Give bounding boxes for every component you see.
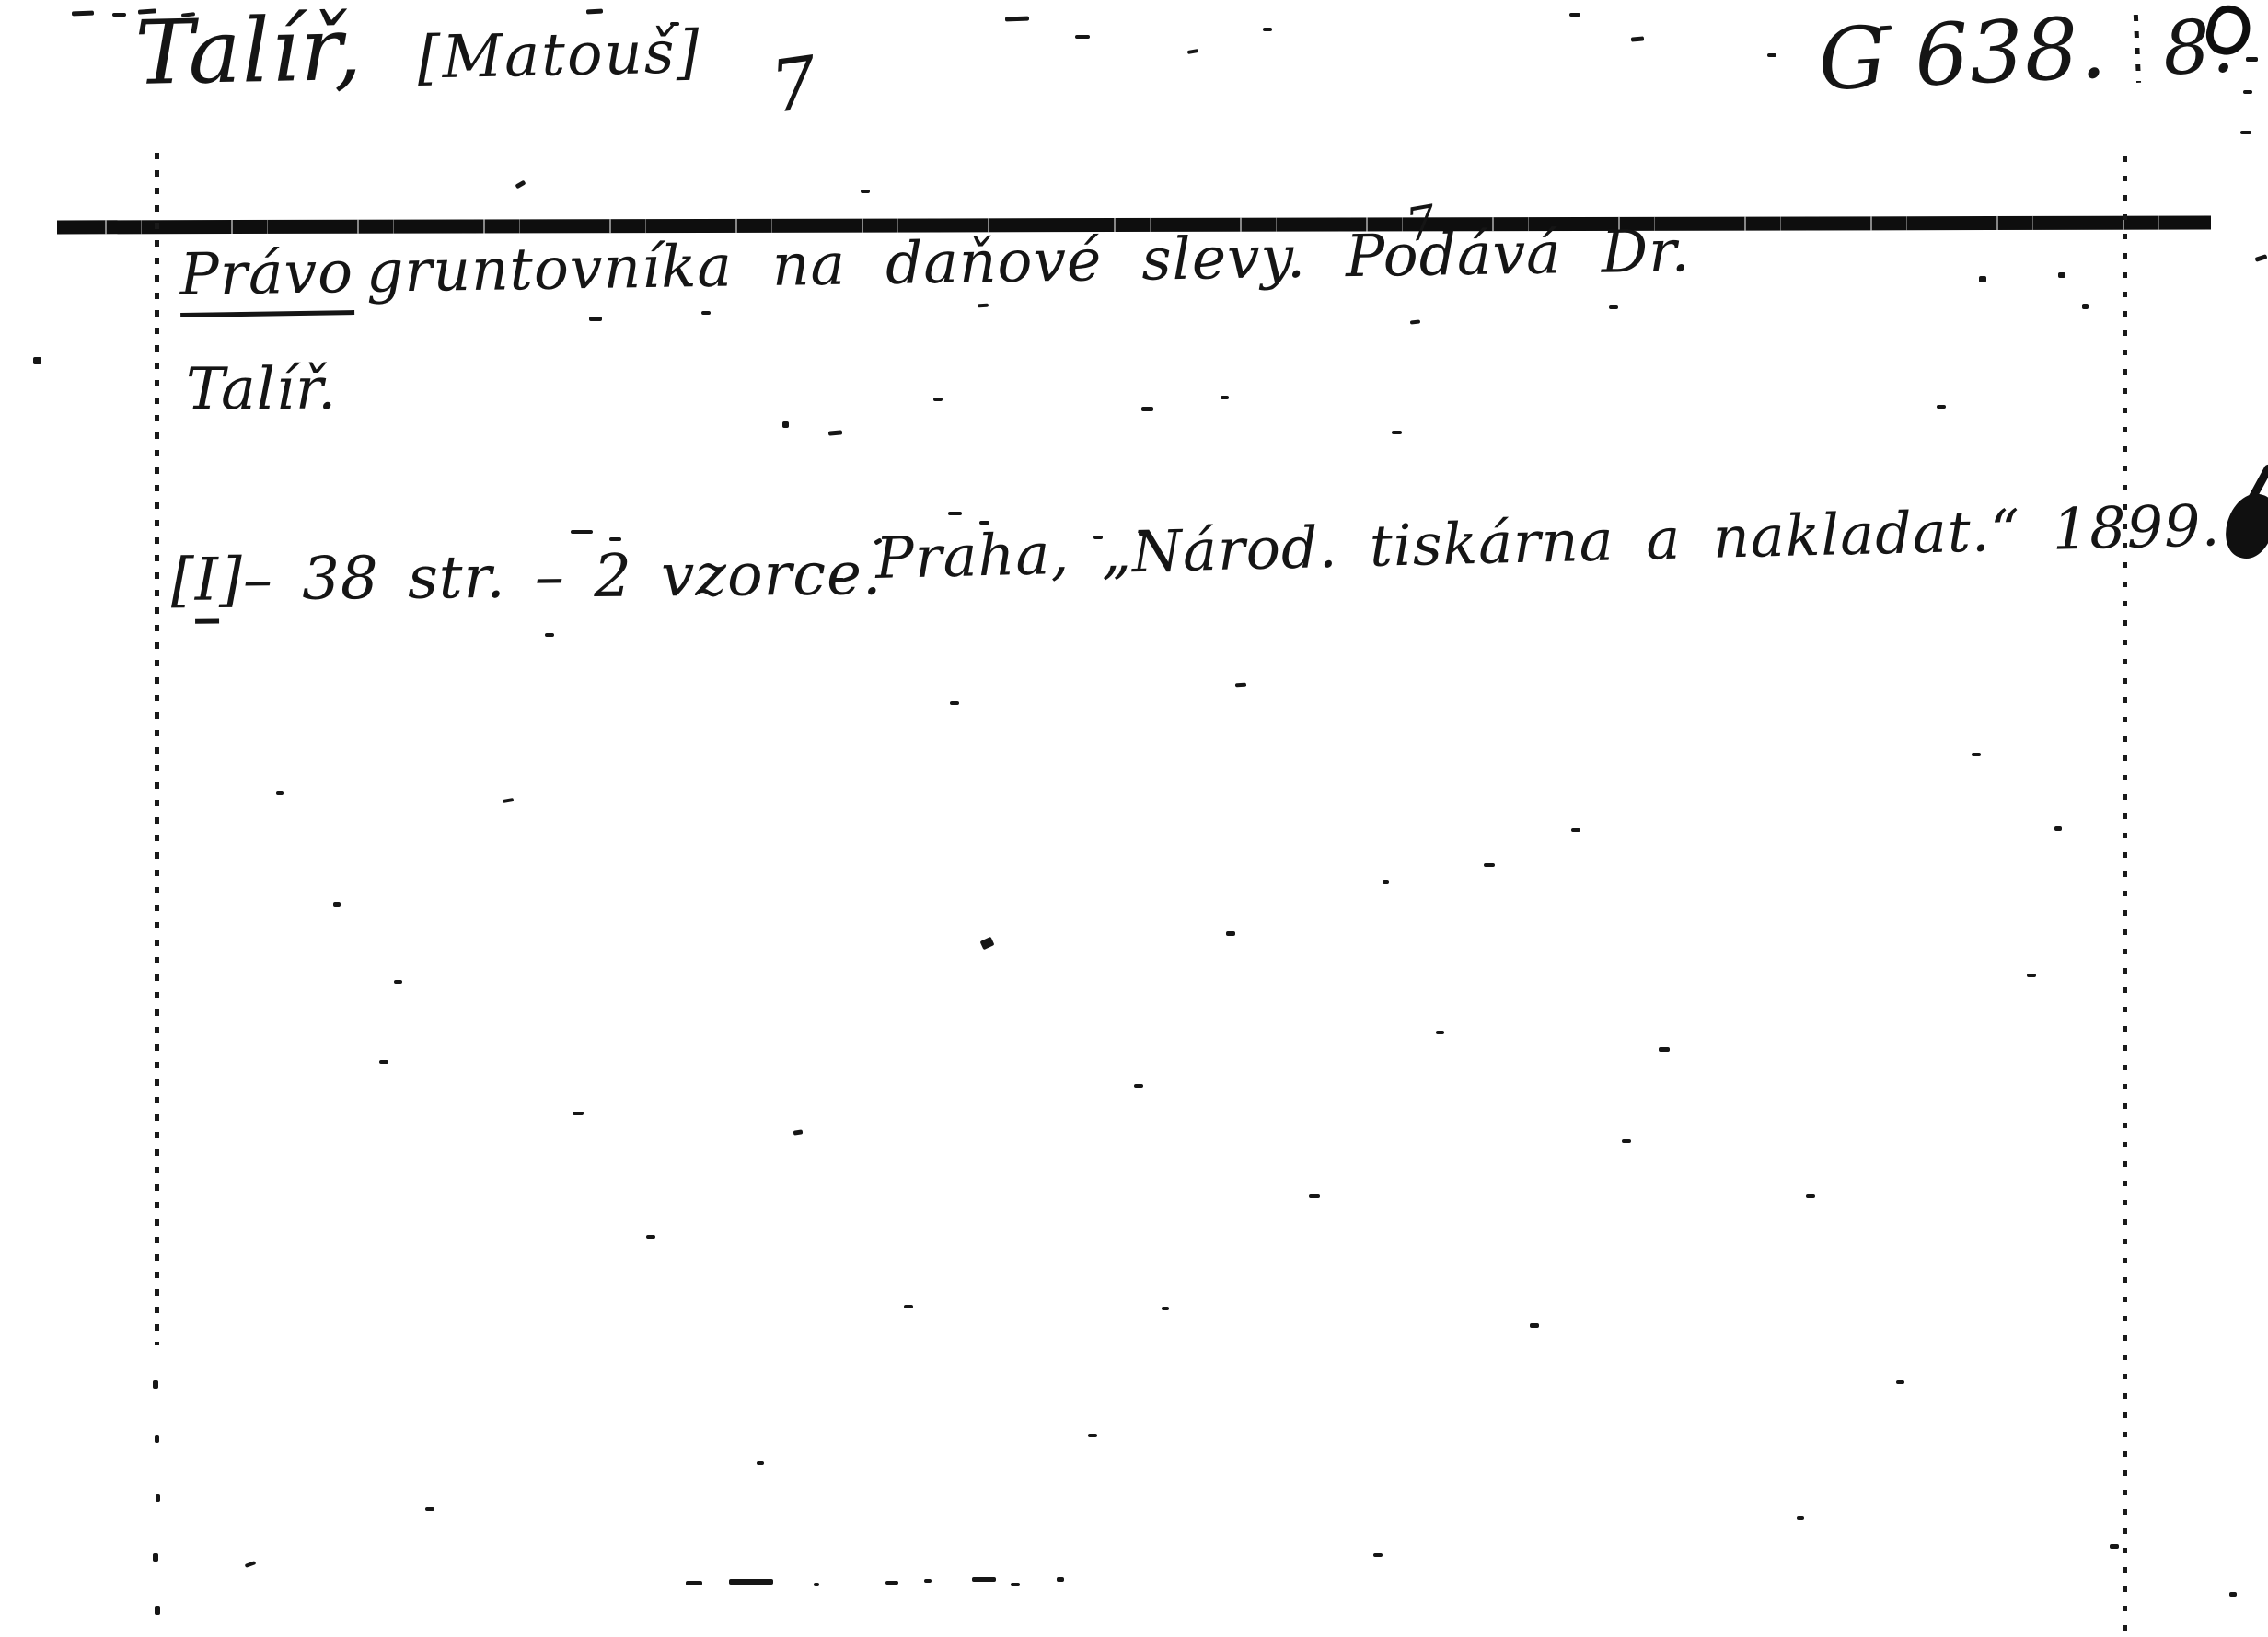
scan-speck: [1226, 931, 1235, 936]
scan-speck: [979, 937, 994, 951]
scan-speck: [1569, 13, 1580, 17]
call-number: G 638.8.: [1816, 0, 2237, 110]
scan-speck: [155, 1606, 160, 1615]
scan-speck: [2243, 90, 2252, 94]
scan-speck: [1141, 407, 1153, 411]
scan-speck: [1530, 1323, 1539, 1328]
imprint-statement: Praha, „Národ. tiskárna a nakladat.“ 189…: [874, 490, 2268, 593]
scan-speck: [757, 1461, 764, 1465]
title-line-2: Talíř.: [186, 355, 337, 422]
scan-speck: [112, 13, 126, 17]
collation-volume-underlined: I: [194, 547, 219, 624]
ink-blot-crossed: [2220, 488, 2268, 563]
scan-speck: [2240, 131, 2251, 134]
call-number-dotted-divider: [2133, 15, 2140, 83]
scan-speck: [1659, 1047, 1670, 1052]
scan-speck: [1005, 17, 1029, 22]
scan-speck: [589, 317, 602, 321]
scan-speck: [2229, 1592, 2237, 1597]
scan-speck: [1631, 36, 1644, 41]
scan-speck: [1187, 49, 1199, 54]
collation-bracket-open: [: [170, 547, 195, 615]
author-surname: Talíř,: [134, 0, 364, 105]
scan-speck: [379, 1060, 388, 1064]
scan-speck: [1373, 1553, 1383, 1557]
scan-speck: [394, 980, 402, 984]
scan-speck: [1410, 319, 1420, 324]
scan-speck: [609, 537, 621, 541]
scan-speck: [1937, 405, 1946, 409]
scan-speck: [545, 633, 554, 637]
scan-speck: [155, 1435, 159, 1443]
imprint-text: Praha, „Národ. tiskárna a nakladat.“ 189…: [874, 491, 2221, 592]
collation-rest: ]– 38 str. – 2 vzorce.: [219, 540, 883, 614]
scan-speck: [686, 1581, 702, 1585]
scan-speck: [72, 11, 94, 17]
scan-speck: [1609, 305, 1618, 309]
scan-speck: [646, 1235, 655, 1239]
scan-speck: [2058, 272, 2065, 278]
scan-speck: [2027, 974, 2036, 977]
scan-speck: [904, 1305, 913, 1308]
scan-speck: [793, 1129, 804, 1135]
collation-statement: [I]– 38 str. – 2 vzorce.: [170, 540, 882, 615]
scan-speck: [950, 701, 959, 705]
scan-speck: [924, 1579, 931, 1583]
scan-speck: [153, 1380, 158, 1389]
scan-speck: [933, 398, 943, 401]
scan-speck: [571, 530, 593, 534]
scan-speck: [1392, 431, 1402, 434]
scan-speck: [1880, 26, 1892, 31]
scan-speck: [1162, 1307, 1169, 1310]
scan-speck: [978, 304, 989, 308]
scan-speck: [1797, 1516, 1804, 1520]
scan-speck: [333, 902, 341, 907]
scan-speck: [33, 357, 41, 364]
scan-speck: [425, 1507, 434, 1511]
right-dotted-border: [2123, 156, 2127, 1634]
scan-speck: [1134, 1084, 1143, 1088]
scan-speck: [1806, 1194, 1815, 1198]
scan-speck: [2110, 1544, 2119, 1549]
scan-speck: [1139, 532, 1150, 536]
scan-speck: [1263, 28, 1272, 31]
scan-speck: [1235, 683, 1246, 688]
scan-speck: [1088, 1434, 1097, 1437]
catalog-card-scan: Talíř, [Matouš] 7 G 638.8. Právogruntovn…: [0, 0, 2268, 1637]
scan-speck: [1011, 1583, 1020, 1586]
scan-speck: [276, 791, 283, 795]
scan-speck: [586, 9, 603, 15]
scan-speck: [1075, 35, 1090, 39]
scan-speck: [1436, 1031, 1444, 1034]
scan-speck: [2246, 57, 2258, 62]
scan-speck: [1383, 880, 1389, 884]
call-number-shelf: G 638.: [1816, 0, 2109, 110]
scan-speck: [972, 1577, 996, 1582]
scan-speck: [503, 798, 515, 803]
author-check-mark: 7: [766, 41, 824, 130]
scan-speck: [729, 1579, 773, 1585]
scan-speck: [814, 1583, 819, 1586]
scan-speck: [1622, 1139, 1631, 1143]
scan-speck: [245, 1561, 257, 1568]
scan-speck: [515, 180, 526, 190]
left-dotted-border: [155, 153, 159, 1345]
scan-speck: [885, 1581, 898, 1585]
scan-speck: [833, 578, 844, 582]
scan-speck: [156, 1494, 160, 1502]
scan-speck: [153, 1553, 158, 1562]
scan-speck: [1767, 53, 1776, 57]
scan-speck: [2082, 304, 2089, 309]
scan-speck: [828, 430, 842, 435]
scan-speck: [1484, 863, 1495, 867]
scan-speck: [1979, 276, 1986, 282]
scan-speck: [701, 311, 711, 315]
author-heading: Talíř, [Matouš]: [134, 0, 702, 105]
scan-speck: [782, 421, 789, 428]
scan-speck: [2054, 826, 2062, 831]
scan-speck: [1571, 828, 1580, 832]
scan-speck: [1093, 536, 1103, 539]
scan-speck: [861, 190, 870, 193]
scan-speck: [979, 521, 989, 525]
scan-speck: [948, 512, 962, 515]
title-underlined-word: Právo: [179, 238, 354, 317]
scan-speck: [1309, 1194, 1320, 1198]
scan-speck: [2255, 254, 2268, 262]
scan-speck: [1896, 1380, 1904, 1384]
scan-speck: [1221, 396, 1229, 399]
scan-speck: [1972, 753, 1981, 756]
scan-speck: [670, 22, 679, 26]
author-forename-bracketed: [Matouš]: [417, 18, 701, 92]
scan-speck: [573, 1112, 584, 1115]
scan-speck: [1057, 1577, 1064, 1582]
